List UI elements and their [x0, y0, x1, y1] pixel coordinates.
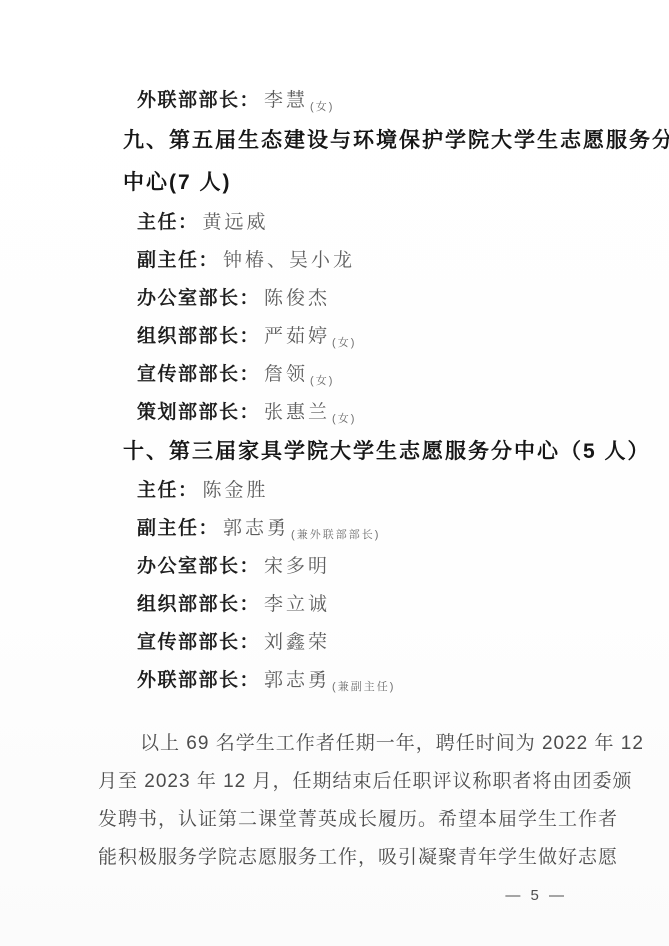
roster-entry: 办公室部长：陈俊杰 [137, 280, 669, 318]
roster-entry: 策划部部长：张惠兰(女) [137, 394, 669, 432]
entry-name: 李慧 [264, 90, 308, 111]
entry-name: 陈俊杰 [264, 288, 330, 309]
entry-label: 组织部部长： [137, 326, 260, 347]
entry-label: 副主任： [137, 250, 219, 271]
paragraph-line: 以上 69 名学生工作者任期一年，聘任时间为 2022 年 12 [98, 725, 575, 763]
entry-name: 钟椿、吴小龙 [223, 250, 355, 271]
roster-entry: 副主任：钟椿、吴小龙 [137, 242, 669, 280]
paragraph-line-text: 月至 2023 年 12 月，任期结束后任职评议称职者将由团委颁 [98, 763, 575, 801]
paragraph-line-text: 能积极服务学院志愿服务工作，吸引凝聚青年学生做好志愿 [98, 839, 575, 877]
entry-label: 主任： [137, 480, 199, 501]
roster-entry: 主任：陈金胜 [137, 472, 669, 510]
entry-name: 陈金胜 [203, 480, 269, 501]
page-number: — 5 — [0, 877, 669, 915]
entry-note: (女) [310, 375, 334, 387]
entry-label: 办公室部长： [137, 288, 260, 309]
roster-entry: 宣传部部长：詹领(女) [137, 356, 669, 394]
entry-label: 副主任： [137, 518, 219, 539]
entry-label: 外联部部长： [137, 90, 260, 111]
entry-name: 严茹婷 [264, 326, 330, 347]
entry-note: (兼外联部部长) [291, 529, 380, 541]
entry-name: 黄远威 [203, 212, 269, 233]
roster-entry: 组织部部长：李立诚 [137, 586, 669, 624]
entry-note: (女) [332, 337, 356, 349]
roster-entry: 组织部部长：严茹婷(女) [137, 318, 669, 356]
document-page: 外联部部长：李慧(女) 九、第五届生态建设与环境保护学院大学生志愿服务分 中心(… [0, 0, 669, 946]
paragraph-line: 发聘书，认证第二课堂菁英成长履历。希望本届学生工作者 [98, 801, 575, 839]
section-9-heading-line2: 中心(7 人) [123, 162, 669, 204]
paragraph-line: 月至 2023 年 12 月，任期结束后任职评议称职者将由团委颁 [98, 763, 575, 801]
roster-entry: 办公室部长：宋多明 [137, 548, 669, 586]
entry-name: 张惠兰 [264, 402, 330, 423]
roster-entry: 宣传部部长：刘鑫荣 [137, 624, 669, 662]
paragraph-line-text: 发聘书，认证第二课堂菁英成长履历。希望本届学生工作者 [98, 801, 575, 839]
entry-label: 策划部部长： [137, 402, 260, 423]
entry-note: (兼副主任) [332, 681, 395, 693]
entry-label: 宣传部部长： [137, 632, 260, 653]
entry-name: 李立诚 [264, 594, 330, 615]
entry-name: 郭志勇 [223, 518, 289, 539]
roster-entry: 外联部部长：李慧(女) [137, 82, 669, 120]
roster-entry: 外联部部长：郭志勇(兼副主任) [137, 662, 669, 700]
entry-name: 詹领 [264, 364, 308, 385]
entry-name: 郭志勇 [264, 670, 330, 691]
section-9-heading-line1: 九、第五届生态建设与环境保护学院大学生志愿服务分 [123, 120, 669, 162]
entry-label: 宣传部部长： [137, 364, 260, 385]
paragraph-line: 能积极服务学院志愿服务工作，吸引凝聚青年学生做好志愿 [98, 839, 575, 877]
entry-label: 主任： [137, 212, 199, 233]
entry-name: 宋多明 [264, 556, 330, 577]
entry-label: 外联部部长： [137, 670, 260, 691]
entry-label: 组织部部长： [137, 594, 260, 615]
entry-name: 刘鑫荣 [264, 632, 330, 653]
paragraph-line-text: 以上 69 名学生工作者任期一年，聘任时间为 2022 年 12 [98, 725, 575, 763]
entry-label: 办公室部长： [137, 556, 260, 577]
roster-entry: 主任：黄远威 [137, 204, 669, 242]
entry-note: (女) [310, 101, 334, 113]
entry-note: (女) [332, 413, 356, 425]
closing-paragraph: 以上 69 名学生工作者任期一年，聘任时间为 2022 年 12 月至 2023… [98, 725, 575, 877]
roster-entry: 副主任：郭志勇(兼外联部部长) [137, 510, 669, 548]
section-10-heading: 十、第三届家具学院大学生志愿服务分中心（5 人） [123, 432, 669, 472]
